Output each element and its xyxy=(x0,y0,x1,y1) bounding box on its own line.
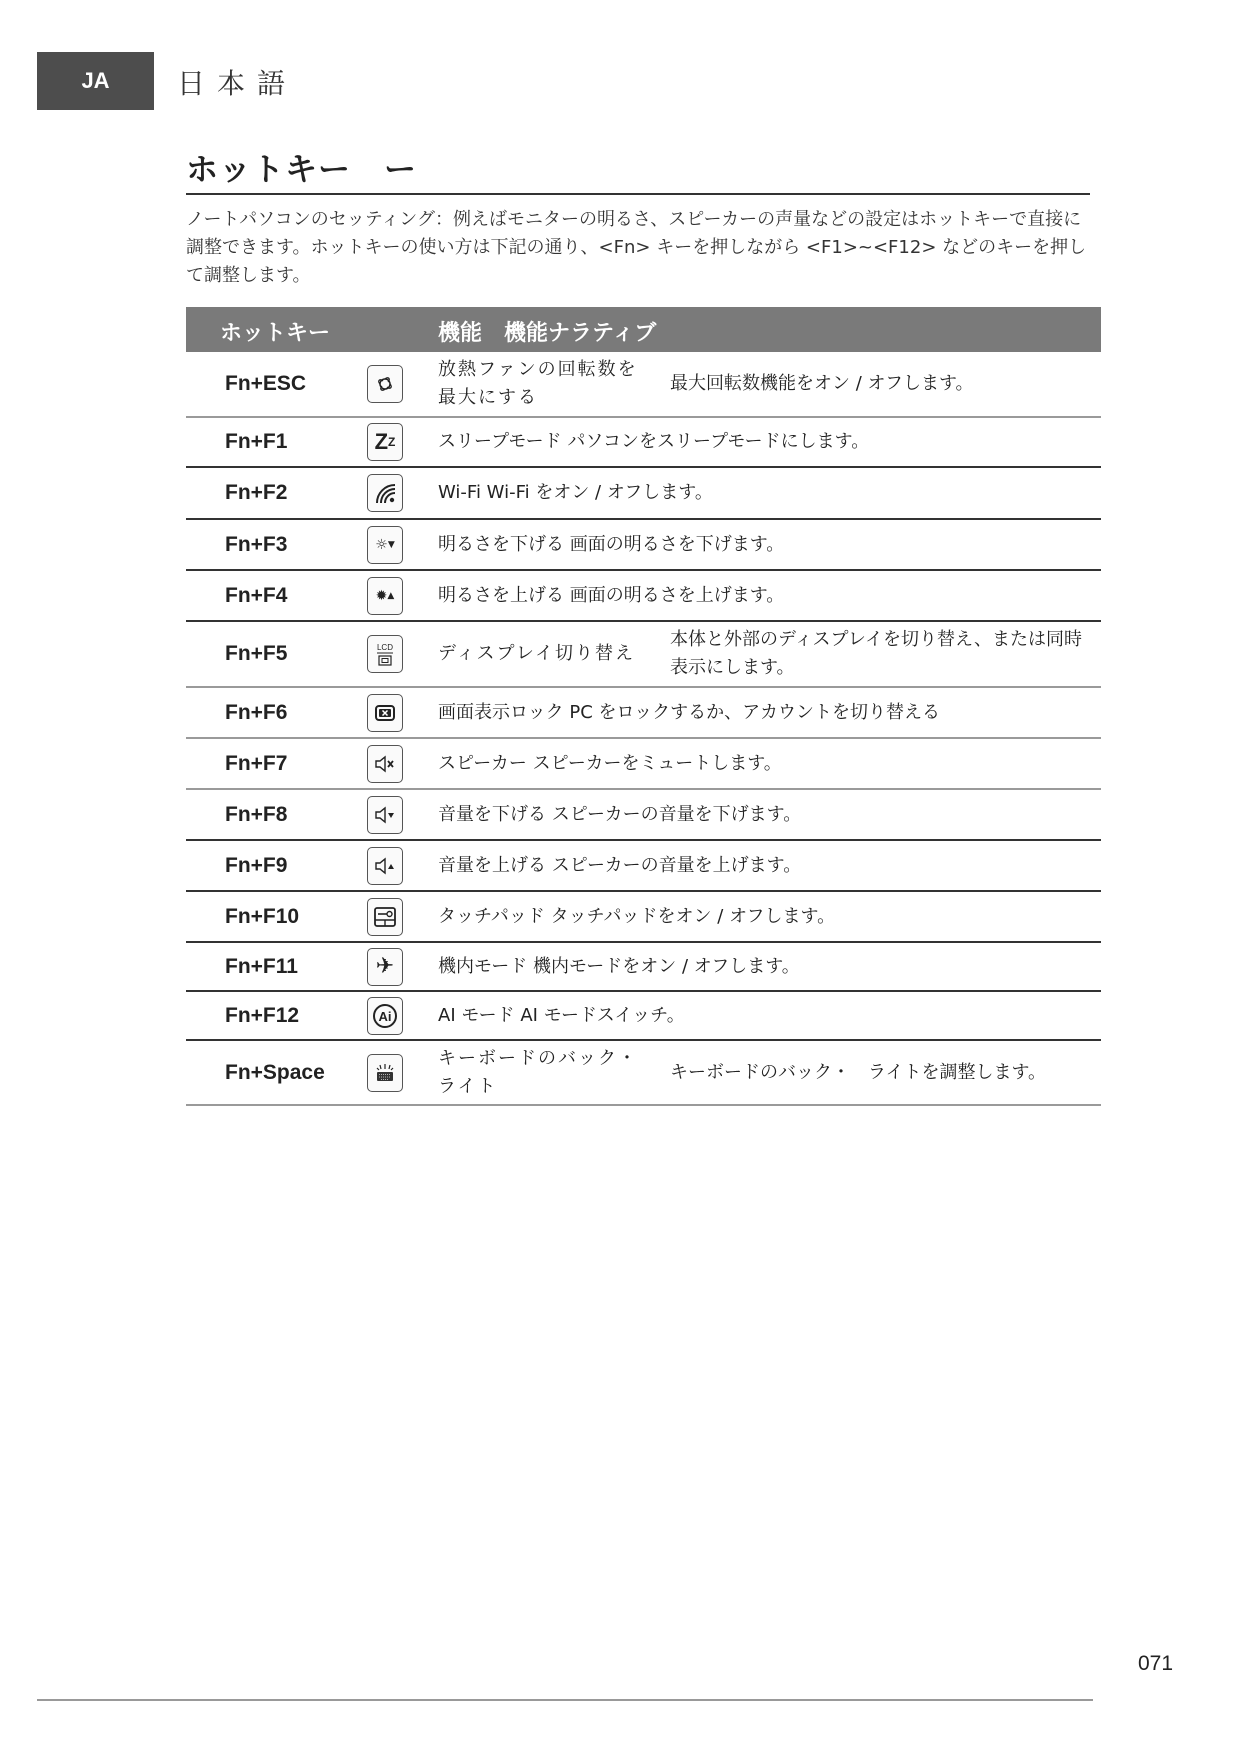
airplane-icon: ✈ xyxy=(367,948,403,986)
table-row: Fn+F1 ZZ スリープモード パソコンをスリープモードにします。 xyxy=(186,418,1101,468)
svg-text:LCD: LCD xyxy=(377,643,393,652)
function-narrative: キーボードのバック・ ライトを調整します。 xyxy=(670,1059,1090,1087)
ai-mode-icon: Ai xyxy=(367,997,403,1035)
brightness-up-icon: ✹▲ xyxy=(367,577,403,615)
hotkey-label: Fn+F1 xyxy=(225,430,287,454)
table-row: Fn+Space キーボードのバック・ ライト キーボードのバック・ ライトを調… xyxy=(186,1041,1101,1106)
wifi-icon xyxy=(367,474,403,512)
language-name: 日本語 xyxy=(177,62,297,102)
hotkey-label: Fn+Space xyxy=(225,1061,325,1085)
function-description: タッチパッド タッチパッドをオン / オフします。 xyxy=(438,903,835,931)
hotkey-label: Fn+F9 xyxy=(225,854,287,878)
touchpad-icon xyxy=(367,898,403,936)
hotkey-label: Fn+F6 xyxy=(225,701,287,725)
header-function: 機能 機能ナラティブ xyxy=(438,316,656,347)
hotkey-label: Fn+F5 xyxy=(225,642,287,666)
sleep-icon: ZZ xyxy=(367,423,403,461)
hotkey-label: Fn+F4 xyxy=(225,584,287,608)
function-description: スピーカー スピーカーをミュートします。 xyxy=(438,750,782,778)
hotkey-label: Fn+F2 xyxy=(225,481,287,505)
language-badge: JA xyxy=(37,52,154,110)
hotkey-label: Fn+F8 xyxy=(225,803,287,827)
function-name: キーボードのバック・ ライト xyxy=(438,1045,643,1101)
hotkey-label: Fn+F11 xyxy=(225,955,298,979)
hotkey-label: Fn+F7 xyxy=(225,752,287,776)
display-switch-icon: LCD xyxy=(367,635,403,673)
table-row: Fn+F8 音量を下げる スピーカーの音量を下げます。 xyxy=(186,790,1101,841)
hotkey-label: Fn+F3 xyxy=(225,533,287,557)
table-row: Fn+F12 Ai AI モード AI モードスイッチ。 xyxy=(186,992,1101,1041)
hotkey-label: Fn+ESC xyxy=(225,372,306,396)
function-description: AI モード AI モードスイッチ。 xyxy=(438,1002,685,1030)
page-number: 071 xyxy=(1138,1652,1173,1676)
volume-up-icon xyxy=(367,847,403,885)
table-row: Fn+F11 ✈ 機内モード 機内モードをオン / オフします。 xyxy=(186,943,1101,992)
hotkey-table: ホットキー 機能 機能ナラティブ Fn+ESC 放熱ファンの回転数を最大にする … xyxy=(186,307,1101,1106)
mute-icon xyxy=(367,745,403,783)
section-title: ホットキー ー xyxy=(186,144,417,190)
table-row: Fn+F9 音量を上げる スピーカーの音量を上げます。 xyxy=(186,841,1101,892)
svg-text:Ai: Ai xyxy=(379,1009,392,1024)
function-description: 明るさを上げる 画面の明るさを上げます。 xyxy=(438,582,784,610)
function-description: 画面表示ロック PC をロックするか、アカウントを切り替える xyxy=(438,699,940,727)
function-description: Wi-Fi Wi-Fi をオン / オフします。 xyxy=(438,479,713,507)
intro-paragraph: ノートパソコンのセッティング：例えばモニターの明るさ、スピーカーの声量などの設定… xyxy=(186,206,1091,290)
function-description: 音量を下げる スピーカーの音量を下げます。 xyxy=(438,801,801,829)
function-narrative: 最大回転数機能をオン / オフします。 xyxy=(670,370,1090,398)
function-narrative: 本体と外部のディスプレイを切り替え、または同時表示にします。 xyxy=(670,626,1090,682)
table-row: Fn+F2 Wi-Fi Wi-Fi をオン / オフします。 xyxy=(186,468,1101,520)
footer-divider xyxy=(37,1699,1093,1701)
brightness-down-icon: ☼▼ xyxy=(367,526,403,564)
hotkey-label: Fn+F10 xyxy=(225,905,299,929)
function-name: 放熱ファンの回転数を最大にする xyxy=(438,356,643,412)
keyboard-backlight-icon xyxy=(367,1054,403,1092)
function-description: 音量を上げる スピーカーの音量を上げます。 xyxy=(438,852,801,880)
function-description: 明るさを下げる 画面の明るさを下げます。 xyxy=(438,531,784,559)
table-row: Fn+F5 LCD ディスプレイ切り替え 本体と外部のディスプレイを切り替え、ま… xyxy=(186,622,1101,688)
header-hotkey: ホットキー xyxy=(220,316,330,347)
table-row: Fn+F10 タッチパッド タッチパッドをオン / オフします。 xyxy=(186,892,1101,943)
table-row: Fn+F7 スピーカー スピーカーをミュートします。 xyxy=(186,739,1101,790)
table-row: Fn+F3 ☼▼ 明るさを下げる 画面の明るさを下げます。 xyxy=(186,520,1101,571)
screen-lock-icon xyxy=(367,694,403,732)
table-header: ホットキー 機能 機能ナラティブ xyxy=(186,307,1101,352)
title-divider xyxy=(186,193,1090,195)
function-description: 機内モード 機内モードをオン / オフします。 xyxy=(438,953,800,981)
volume-down-icon xyxy=(367,796,403,834)
table-row: Fn+F6 画面表示ロック PC をロックするか、アカウントを切り替える xyxy=(186,688,1101,739)
function-description: スリープモード パソコンをスリープモードにします。 xyxy=(438,428,869,456)
function-name: ディスプレイ切り替え xyxy=(438,640,643,668)
table-row: Fn+F4 ✹▲ 明るさを上げる 画面の明るさを上げます。 xyxy=(186,571,1101,622)
hotkey-label: Fn+F12 xyxy=(225,1004,299,1028)
language-code: JA xyxy=(81,68,109,94)
table-row: Fn+ESC 放熱ファンの回転数を最大にする 最大回転数機能をオン / オフしま… xyxy=(186,352,1101,418)
fan-icon xyxy=(367,365,403,403)
